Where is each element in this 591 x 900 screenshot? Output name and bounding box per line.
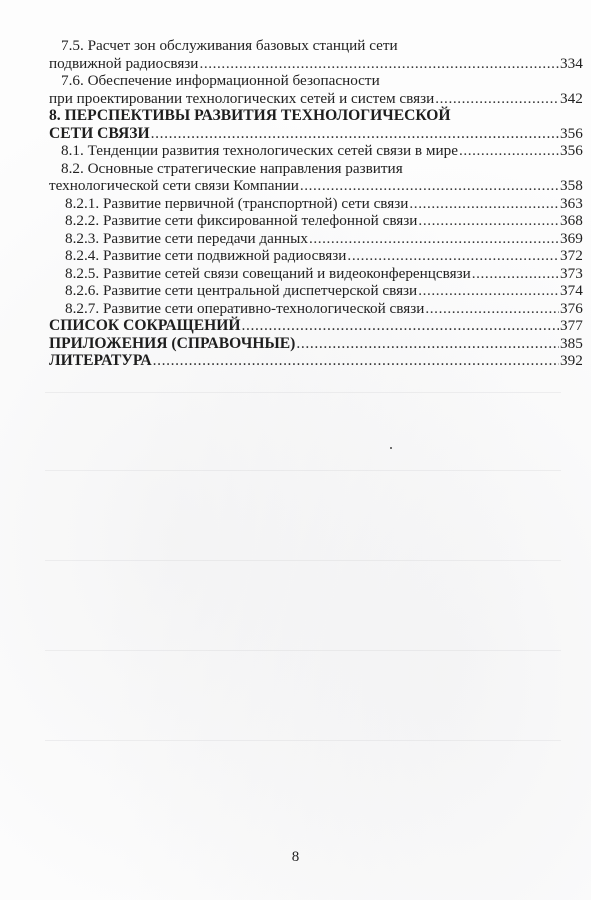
dot-leader (418, 282, 559, 300)
toc-entry: 7.5. Расчет зон обслуживания базовых ста… (49, 37, 584, 72)
toc-entry-title-line: ЛИТЕРАТУРА (49, 352, 152, 370)
toc-entry-title-line: 8.2.7. Развитие сети оперативно-технолог… (65, 300, 424, 318)
toc-entry-title-line: СПИСОК СОКРАЩЕНИЙ (49, 317, 241, 335)
toc-page-number: 356 (560, 142, 584, 160)
toc-page-number: 392 (560, 352, 584, 370)
dot-leader (296, 335, 559, 353)
dot-leader (309, 230, 559, 248)
toc-entry-title-line: 8.2.2. Развитие сети фиксированной телеф… (65, 212, 417, 230)
toc-entry-title-line: 8.2.1. Развитие первичной (транспортной)… (65, 195, 408, 213)
toc-entry: 8.2.6. Развитие сети центральной диспетч… (49, 282, 584, 300)
toc-entry: 8.2.4. Развитие сети подвижной радиосвяз… (49, 247, 584, 265)
dot-leader (199, 55, 559, 73)
dot-leader (300, 177, 559, 195)
dot-leader (472, 265, 559, 283)
toc-entry: СПИСОК СОКРАЩЕНИЙ377 (49, 317, 584, 335)
page-number: 8 (0, 849, 591, 866)
toc-entry: 8. ПЕРСПЕКТИВЫ РАЗВИТИЯ ТЕХНОЛОГИЧЕСКОЙС… (49, 107, 584, 142)
toc-page-number: 376 (560, 300, 584, 318)
bleed-through-mark (45, 470, 561, 471)
toc-page-number: 356 (560, 125, 584, 143)
toc-page-number: 342 (560, 90, 584, 108)
table-of-contents: 7.5. Расчет зон обслуживания базовых ста… (49, 37, 584, 370)
bleed-through-mark (45, 392, 561, 393)
toc-entry: ЛИТЕРАТУРА392 (49, 352, 584, 370)
bleed-through-mark (45, 560, 561, 561)
bleed-through-mark (45, 650, 561, 651)
toc-entry: 7.6. Обеспечение информационной безопасн… (49, 72, 584, 107)
document-page: 7.5. Расчет зон обслуживания базовых ста… (0, 0, 591, 900)
toc-entry: 8.2.5. Развитие сетей связи совещаний и … (49, 265, 584, 283)
toc-entry-title-line: подвижной радиосвязи (49, 55, 198, 73)
dot-leader (347, 247, 559, 265)
toc-entry: ПРИЛОЖЕНИЯ (СПРАВОЧНЫЕ)385 (49, 335, 584, 353)
dot-leader (153, 352, 559, 370)
dot-leader (425, 300, 559, 318)
toc-entry-title-line: технологической сети связи Компании (49, 177, 299, 195)
dot-leader (409, 195, 559, 213)
toc-entry-title-line: ПРИЛОЖЕНИЯ (СПРАВОЧНЫЕ) (49, 335, 295, 353)
toc-entry-title-line: 8. ПЕРСПЕКТИВЫ РАЗВИТИЯ ТЕХНОЛОГИЧЕСКОЙ (49, 107, 584, 125)
dot-leader (151, 125, 559, 143)
toc-entry-title-line: СЕТИ СВЯЗИ (49, 125, 150, 143)
dot-leader (242, 317, 559, 335)
toc-entry-title-line: 8.2.6. Развитие сети центральной диспетч… (65, 282, 417, 300)
print-speck (390, 447, 392, 449)
toc-entry-title-line: при проектировании технологических сетей… (49, 90, 434, 108)
toc-entry-title-line: 7.5. Расчет зон обслуживания базовых ста… (61, 37, 584, 55)
toc-page-number: 358 (560, 177, 584, 195)
toc-page-number: 334 (560, 55, 584, 73)
toc-page-number: 369 (560, 230, 584, 248)
toc-entry: 8.2.3. Развитие сети передачи данных369 (49, 230, 584, 248)
toc-entry-title-line: 8.2.5. Развитие сетей связи совещаний и … (65, 265, 471, 283)
dot-leader (435, 90, 559, 108)
toc-page-number: 373 (560, 265, 584, 283)
toc-entry-title-line: 8.1. Тенденции развития технологических … (61, 142, 458, 160)
toc-entry: 8.2.7. Развитие сети оперативно-технолог… (49, 300, 584, 318)
toc-page-number: 368 (560, 212, 584, 230)
toc-page-number: 363 (560, 195, 584, 213)
toc-page-number: 372 (560, 247, 584, 265)
toc-entry: 8.2.1. Развитие первичной (транспортной)… (49, 195, 584, 213)
toc-page-number: 374 (560, 282, 584, 300)
toc-entry-title-line: 8.2. Основные стратегические направления… (61, 160, 584, 178)
toc-page-number: 385 (560, 335, 584, 353)
bleed-through-mark (45, 740, 561, 741)
toc-entry: 8.1. Тенденции развития технологических … (49, 142, 584, 160)
toc-entry: 8.2.2. Развитие сети фиксированной телеф… (49, 212, 584, 230)
dot-leader (459, 142, 559, 160)
toc-entry-title-line: 7.6. Обеспечение информационной безопасн… (61, 72, 584, 90)
toc-entry: 8.2. Основные стратегические направления… (49, 160, 584, 195)
toc-page-number: 377 (560, 317, 584, 335)
dot-leader (418, 212, 559, 230)
toc-entry-title-line: 8.2.4. Развитие сети подвижной радиосвяз… (65, 247, 346, 265)
toc-entry-title-line: 8.2.3. Развитие сети передачи данных (65, 230, 308, 248)
